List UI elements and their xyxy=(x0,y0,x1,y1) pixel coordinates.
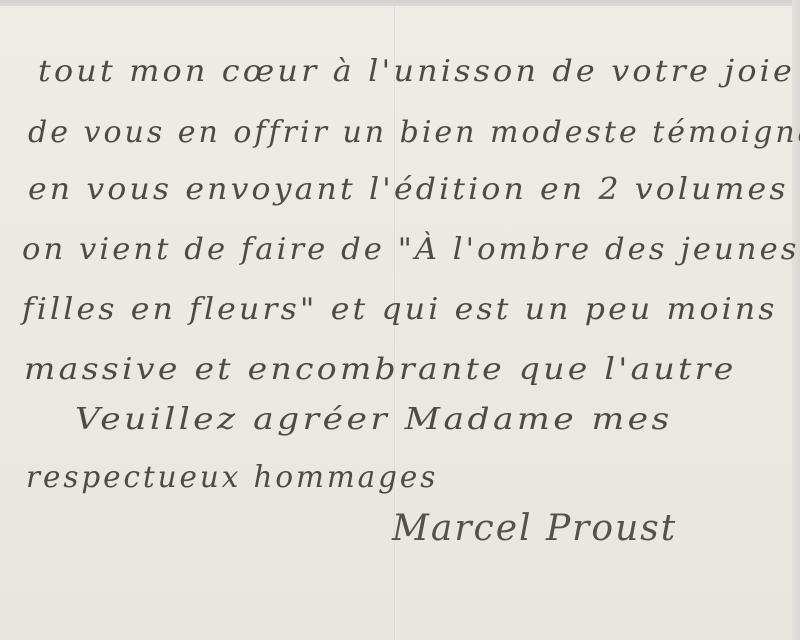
letter-line-6: massive et encombrante que l'autre xyxy=(24,352,737,387)
signature: Marcel Proust xyxy=(392,508,677,549)
letter-line-3: en vous envoyant l'édition en 2 volumes … xyxy=(28,172,800,207)
letter-line-2: de vous en offrir un bien modeste témoig… xyxy=(28,115,800,150)
letter-line-4: on vient de faire de "À l'ombre des jeun… xyxy=(22,232,800,267)
letter-line-1: tout mon cœur à l'unisson de votre joie xyxy=(38,54,795,89)
letter-line-8: respectueux hommages xyxy=(26,460,438,495)
letter-line-5: filles en fleurs" et qui est un peu moin… xyxy=(22,292,778,327)
letter-line-7: Veuillez agréer Madame mes xyxy=(75,402,673,437)
paper-right-edge xyxy=(792,0,800,640)
